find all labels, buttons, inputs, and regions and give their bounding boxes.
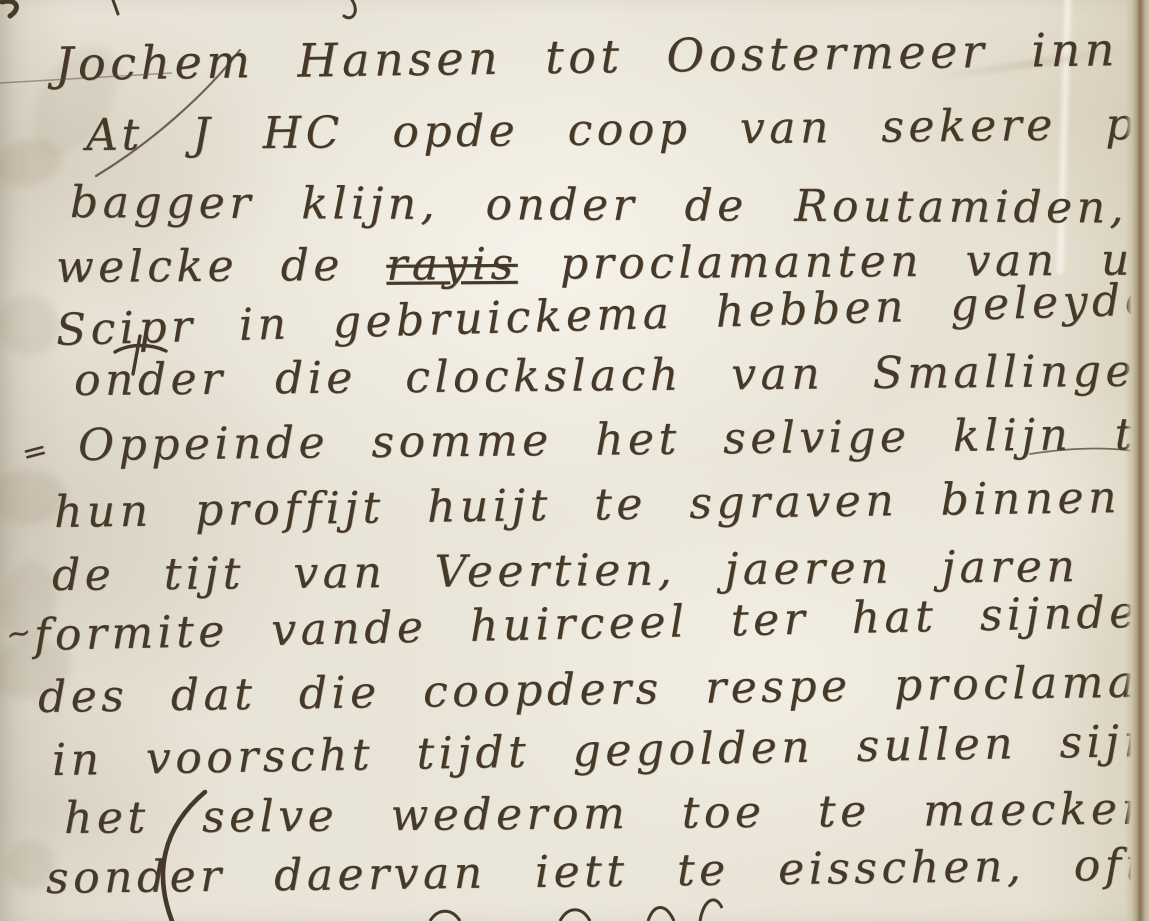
line-text: sonder daervan iett te eisschen, oft [46,840,1148,904]
line-text: welcke de [56,240,387,293]
manuscript-line: in voorscht tijdt gegolden sullen sijn [52,716,1149,786]
line-text: het selve wederom toe te maecken [64,783,1149,844]
manuscript-line: =Oppeinde somme het selvige klijn tot [78,408,1149,471]
line-text: At J HC opde coop van sekere parceel [86,97,1149,161]
manuscript-line: Jochem Hansen tot Oostermeer inn psone [55,19,1149,91]
manuscript-line: sonder daervan iett te eisschen, oft [46,840,1148,904]
line-text: bagger klijn, onder de Routamiden, [70,177,1128,234]
manuscript-line: onder die clockslach van Smallinger [74,346,1149,406]
manuscript-line: het selve wederom toe te maecken [64,783,1149,844]
cutoff-stroke [648,908,674,921]
struck-word: rayis [386,239,518,291]
cutoff-stroke [430,911,460,921]
margin-mark: = [18,432,51,472]
manuscript-line: At J HC opde coop van sekere parceel [86,97,1149,161]
manuscript-line: hun proffijt huijt te sgraven binnen [54,472,1122,538]
line-text: Oppeinde somme het selvige klijn tot [78,408,1149,471]
manuscript-page: Jochem Hansen tot Oostermeer inn psoneAt… [0,0,1149,921]
line-text: des dat die coopders respe proclamants [38,655,1149,723]
line-text: onder die clockslach van Smallinger [74,346,1149,406]
cutoff-stroke [560,910,590,921]
manuscript-line: bagger klijn, onder de Routamiden, [70,177,1128,234]
top-edge-stroke [344,0,355,18]
corner-ink-mark [2,1,16,16]
top-edge-stroke [113,0,118,14]
line-text: in voorscht tijdt gegolden sullen sijn [52,716,1149,786]
cutoff-stroke [700,900,722,921]
line-text: Jochem Hansen tot Oostermeer inn psone [55,19,1149,91]
line-text: hun proffijt huijt te sgraven binnen [54,472,1122,538]
manuscript-line: des dat die coopders respe proclamants [38,655,1149,723]
page-edge-band [1125,0,1149,921]
margin-mark: ~ [3,615,33,654]
